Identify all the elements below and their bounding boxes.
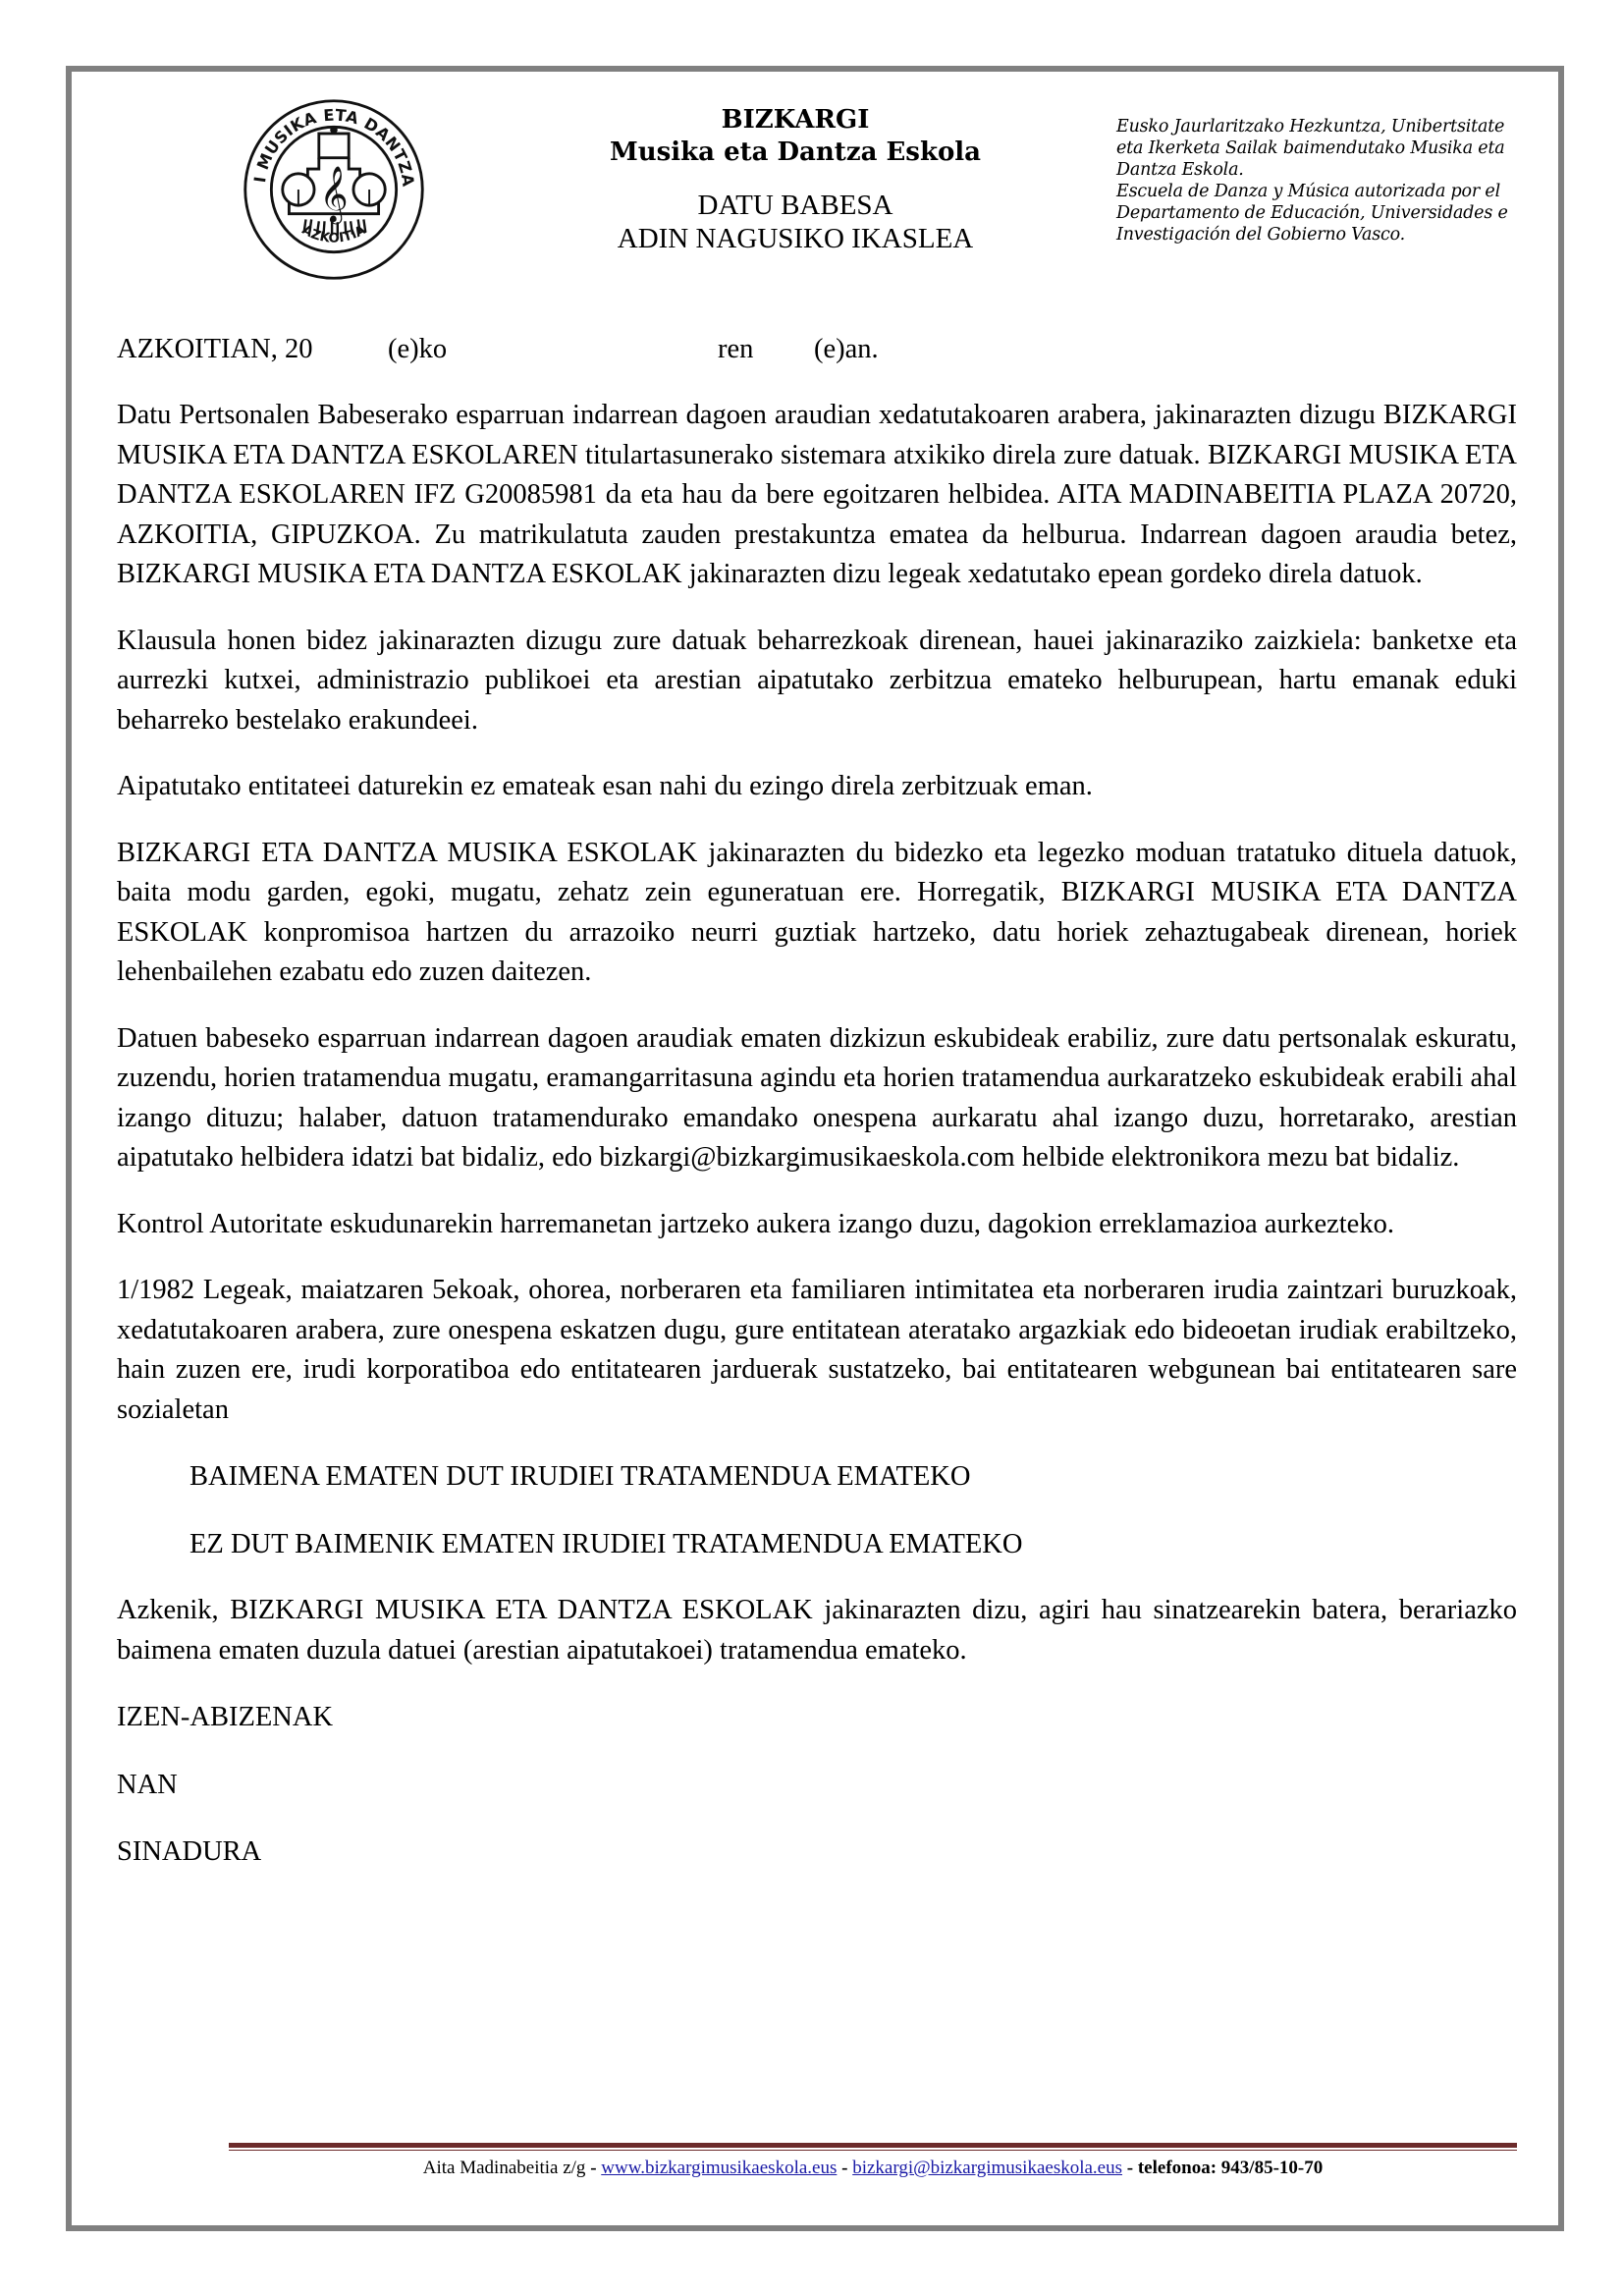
paragraph-data-quality: BIZKARGI ETA DANTZA MUSIKA ESKOLAK jakin… <box>117 834 1517 993</box>
svg-text:𝄞: 𝄞 <box>319 165 348 224</box>
date-month-suffix: ren <box>718 330 753 370</box>
name-field-label: IZEN-ABIZENAK <box>117 1698 1517 1738</box>
footer-separator: - <box>585 2158 601 2178</box>
authorization-line: Investigación del Gobierno Vasco. <box>1116 224 1548 246</box>
date-place-year: AZKOITIAN, 20 <box>117 330 312 370</box>
footer-phone: telefonoa: 943/85-10-70 <box>1138 2158 1323 2178</box>
footer-separator: - <box>837 2158 852 2178</box>
paragraph-authority: Kontrol Autoritate eskudunarekin harrema… <box>117 1205 1517 1245</box>
date-year-suffix: (e)ko <box>388 330 447 370</box>
consent-option-no[interactable]: EZ DUT BAIMENIK EMATEN IRUDIEI TRATAMEND… <box>117 1525 1517 1565</box>
document-title: DATU BABESA <box>550 189 1041 222</box>
paragraph-data-controller: Datu Pertsonalen Babeserako esparruan in… <box>117 396 1517 595</box>
school-name: BIZKARGI <box>550 104 1041 137</box>
authorization-line: eta Ikerketa Sailak baimendutako Musika … <box>1116 137 1548 159</box>
school-subtitle: Musika eta Dantza Eskola <box>550 137 1041 169</box>
id-field-label: NAN <box>117 1766 1517 1806</box>
authorization-line: Departamento de Educación, Universidades… <box>1116 202 1548 224</box>
authorization-line: Eusko Jaurlaritzako Hezkuntza, Unibertsi… <box>1116 116 1548 137</box>
paragraph-recipients: Klausula honen bidez jakinarazten dizugu… <box>117 622 1517 741</box>
paragraph-consequences: Aipatutako entitateei daturekin ez emate… <box>117 767 1517 807</box>
paragraph-closing: Azkenik, BIZKARGI MUSIKA ETA DANTZA ESKO… <box>117 1591 1517 1670</box>
date-day-suffix: (e)an. <box>814 330 879 370</box>
footer-contact: Aita Madinabeitia z/g - www.bizkargimusi… <box>229 2157 1517 2180</box>
signature-field-label: SINADURA <box>117 1832 1517 1873</box>
authorization-note: Eusko Jaurlaritzako Hezkuntza, Unibertsi… <box>1116 116 1548 246</box>
footer-divider <box>229 2143 1517 2152</box>
school-seal-logo-icon: BIZKARGI MUSIKA ETA DANTZA ESKOLA AZKOIT… <box>241 96 427 283</box>
footer-email-link[interactable]: bizkargi@bizkargimusikaeskola.eus <box>852 2158 1122 2178</box>
header-title-block: BIZKARGI Musika eta Dantza Eskola DATU B… <box>550 104 1041 255</box>
date-line: AZKOITIAN, 20 (e)ko ren (e)an. <box>117 330 1517 369</box>
footer-website-link[interactable]: www.bizkargimusikaeskola.eus <box>601 2158 837 2178</box>
paragraph-image-consent: 1/1982 Legeak, maiatzaren 5ekoak, ohorea… <box>117 1271 1517 1430</box>
footer-address: Aita Madinabeitia z/g <box>423 2158 586 2178</box>
consent-option-yes[interactable]: BAIMENA EMATEN DUT IRUDIEI TRATAMENDUA E… <box>117 1457 1517 1498</box>
footer-separator: - <box>1122 2158 1138 2178</box>
authorization-line: Dantza Eskola. <box>1116 159 1548 181</box>
document-subtitle: ADIN NAGUSIKO IKASLEA <box>550 222 1041 255</box>
paragraph-rights: Datuen babeseko esparruan indarrean dago… <box>117 1019 1517 1178</box>
document-body: AZKOITIAN, 20 (e)ko ren (e)an. Datu Pert… <box>117 330 1517 1873</box>
authorization-line: Escuela de Danza y Música autorizada por… <box>1116 181 1548 202</box>
